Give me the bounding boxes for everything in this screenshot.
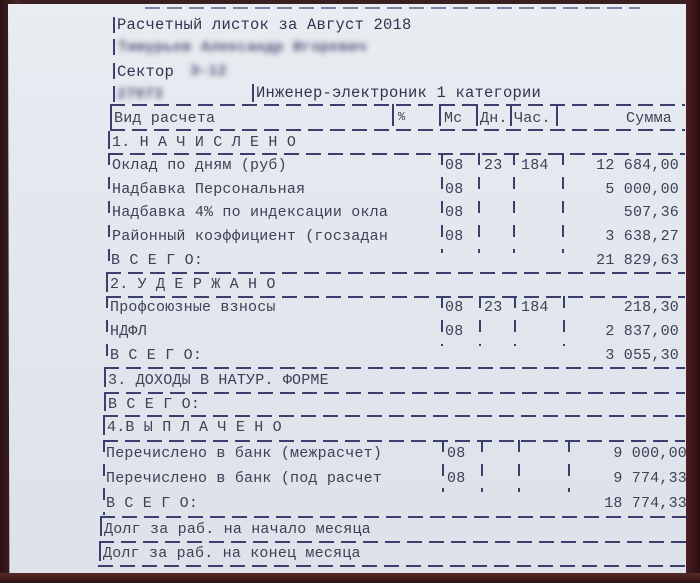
- section-total-label: В С Е Г О:: [111, 252, 203, 270]
- col-line: [478, 153, 480, 253]
- col-sep: [556, 104, 558, 126]
- row-name: Перечислено в банк (под расчет: [106, 470, 382, 488]
- row-name: Профсоюзные взносы: [110, 299, 276, 317]
- debt-start-label: Долг за раб. на начало месяца: [104, 521, 371, 539]
- section-total-withheld: 3 055,30: [565, 347, 679, 365]
- col-line: [562, 153, 564, 253]
- row-month: 08: [445, 204, 463, 222]
- col-line: [442, 440, 444, 492]
- margin-tick: [103, 417, 105, 435]
- col-line: [441, 296, 443, 346]
- section-title-paid: 4.В Ы П Л А Ч Е Н О: [107, 419, 282, 437]
- divider: [104, 367, 685, 369]
- tab-number: 27073: [117, 86, 163, 104]
- section-total-label: В С Е Г О:: [108, 396, 200, 414]
- col-line: [514, 296, 516, 346]
- divider: [110, 129, 685, 131]
- row-hours: 184: [521, 157, 549, 175]
- row-days: 23: [484, 299, 502, 317]
- sector-value: Э-12: [190, 63, 227, 81]
- margin-tick: [108, 131, 110, 149]
- margin-tick: [110, 104, 112, 130]
- top-perforation: [145, 7, 640, 9]
- row-sum: 12 684,00: [565, 157, 679, 175]
- column-header-days: Дн.: [480, 110, 508, 128]
- row-sum: 3 638,27: [565, 228, 679, 246]
- column-header-percent: %: [398, 108, 405, 126]
- col-sep: [476, 104, 478, 126]
- col-sep: [439, 104, 441, 126]
- row-month: 08: [447, 445, 465, 463]
- divider: [103, 440, 685, 442]
- row-sum: 9 000,00: [565, 445, 687, 463]
- col-line: [518, 440, 520, 492]
- column-header-hours: Час.: [514, 110, 551, 128]
- margin-line: [108, 153, 110, 273]
- margin-tick: [104, 369, 106, 387]
- margin-tick: [99, 543, 101, 561]
- margin-tick: [104, 393, 106, 411]
- row-sum: 2 837,00: [565, 323, 679, 341]
- row-name: Перечислено в банк (межрасчет): [106, 445, 382, 463]
- divider: [110, 104, 685, 106]
- col-line: [441, 153, 443, 253]
- employee-name: Тимурьев Александр Игоревич: [118, 39, 366, 57]
- margin-line: [106, 296, 108, 366]
- sector-label: Сектор: [117, 63, 174, 81]
- row-name: Районный коэффициент (госзадан: [112, 228, 388, 246]
- col-line: [481, 440, 483, 492]
- payslip-title: Расчетный листок за Август 2018: [117, 16, 412, 34]
- row-month: 08: [445, 157, 463, 175]
- row-sum: 5 000,00: [565, 181, 679, 199]
- divider: [104, 392, 685, 394]
- margin-line: [103, 440, 105, 515]
- margin-tick: [113, 39, 115, 55]
- section-title-accrued: 1. Н А Ч И С Л Е Н О: [112, 134, 296, 152]
- row-month: 08: [445, 181, 463, 199]
- section-total-accrued: 21 829,63: [565, 252, 679, 270]
- debt-end-label: Долг за раб. на конец месяца: [103, 545, 361, 563]
- margin-tick: [106, 274, 108, 292]
- margin-tick: [100, 518, 102, 536]
- row-sum: 507,36: [565, 204, 679, 222]
- margin-tick: [113, 86, 115, 102]
- divider: [108, 153, 685, 155]
- row-month: 08: [447, 470, 465, 488]
- column-header-type: Вид расчета: [114, 110, 215, 128]
- col-sep: [392, 104, 394, 126]
- position-tick: [252, 84, 254, 102]
- column-header-sum: Сумма: [560, 110, 672, 128]
- margin-tick: [113, 17, 115, 33]
- col-sep: [510, 104, 512, 126]
- divider: [103, 415, 685, 417]
- row-name: Оклад по дням (руб): [112, 157, 287, 175]
- section-total-label: В С Е Г О:: [110, 347, 202, 365]
- row-month: 08: [445, 228, 463, 246]
- divider: [100, 516, 687, 518]
- divider: [99, 541, 687, 543]
- margin-tick: [113, 63, 115, 79]
- row-month: 08: [445, 299, 463, 317]
- row-name: Надбавка 4% по индексации окла: [112, 204, 388, 222]
- row-month: 08: [445, 323, 463, 341]
- background-right: [686, 0, 700, 583]
- divider: [98, 565, 687, 567]
- column-header-month: Мс: [444, 110, 462, 128]
- divider: [106, 272, 685, 274]
- col-line: [479, 296, 481, 346]
- section-total-paid: 18 774,33: [565, 495, 687, 513]
- row-name: Надбавка Персональная: [112, 181, 305, 199]
- row-name: НДФЛ: [110, 323, 147, 341]
- divider: [106, 296, 685, 298]
- col-line: [513, 153, 515, 253]
- row-sum: 218,30: [565, 299, 679, 317]
- row-hours: 184: [521, 299, 549, 317]
- position-title: Инженер-электроник 1 категории: [256, 84, 541, 102]
- section-title-withheld: 2. У Д Е Р Ж А Н О: [110, 276, 276, 294]
- background-bottom: [0, 573, 700, 583]
- section-title-in-kind: 3. ДОХОДЫ В НАТУР. ФОРМЕ: [108, 372, 329, 390]
- row-sum: 9 774,33: [565, 470, 687, 488]
- section-total-label: В С Е Г О:: [106, 495, 198, 513]
- row-days: 23: [484, 157, 502, 175]
